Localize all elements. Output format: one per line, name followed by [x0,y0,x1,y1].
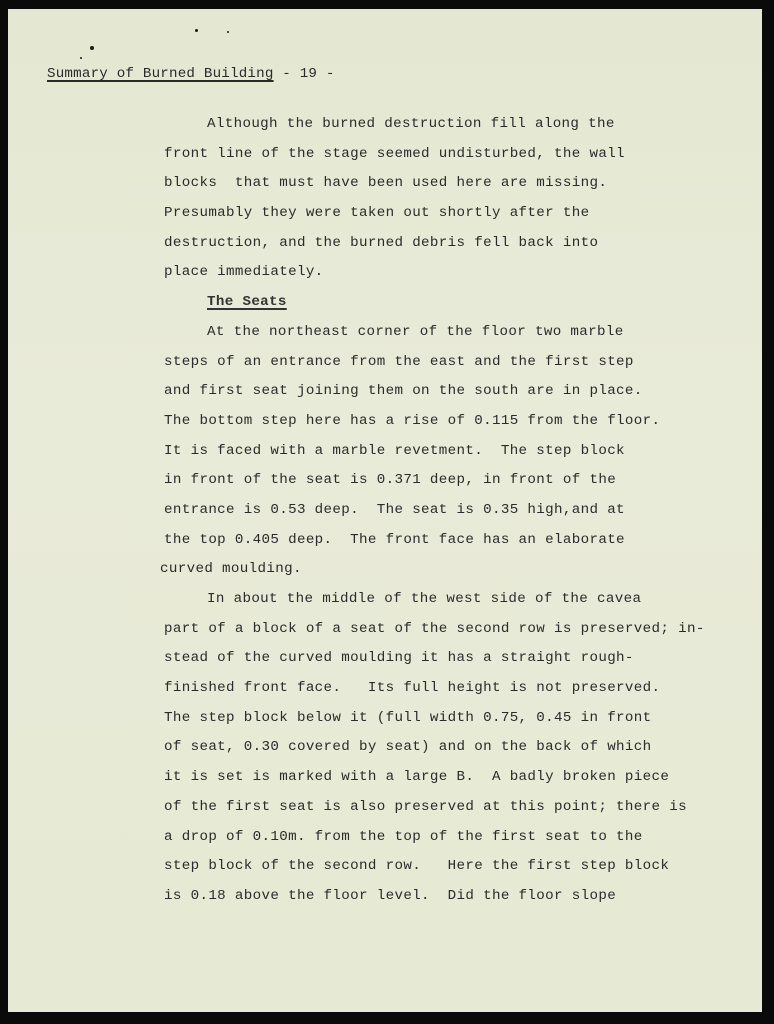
section-heading-text: The Seats [207,294,287,310]
document-page: Summary of Burned Building - 19 - Althou… [8,9,762,1012]
text-line: it is set is marked with a large B. A ba… [164,763,744,793]
page-number: - 19 - [274,66,335,82]
text-line: of the first seat is also preserved at t… [164,793,744,823]
text-line: In about the middle of the west side of … [164,585,744,615]
text-line: At the northeast corner of the floor two… [164,318,744,348]
text-line: entrance is 0.53 deep. The seat is 0.35 … [164,496,744,526]
text-line: part of a block of a seat of the second … [164,615,744,645]
text-line: a drop of 0.10m. from the top of the fir… [164,823,744,853]
text-line: destruction, and the burned debris fell … [164,229,744,259]
text-line: front line of the stage seemed undisturb… [164,140,744,170]
page-header: Summary of Burned Building - 19 - [47,66,335,82]
ink-speck [195,29,198,32]
ink-speck [80,57,82,59]
text-line: curved moulding. [160,555,744,585]
text-line: steps of an entrance from the east and t… [164,348,744,378]
section-heading: The Seats [164,288,744,318]
text-line: blocks that must have been used here are… [164,169,744,199]
text-line: The bottom step here has a rise of 0.115… [164,407,744,437]
text-line: Although the burned destruction fill alo… [164,110,744,140]
document-body: Although the burned destruction fill alo… [164,110,744,912]
text-line: It is faced with a marble revetment. The… [164,437,744,467]
document-title: Summary of Burned Building [47,66,274,82]
text-line: step block of the second row. Here the f… [164,852,744,882]
text-line: Presumably they were taken out shortly a… [164,199,744,229]
text-line: finished front face. Its full height is … [164,674,744,704]
text-line: The step block below it (full width 0.75… [164,704,744,734]
text-line: and first seat joining them on the south… [164,377,744,407]
text-line: the top 0.405 deep. The front face has a… [164,526,744,556]
text-line: in front of the seat is 0.371 deep, in f… [164,466,744,496]
text-line: stead of the curved moulding it has a st… [164,644,744,674]
text-line: of seat, 0.30 covered by seat) and on th… [164,733,744,763]
ink-speck [90,46,94,50]
ink-speck [227,31,229,33]
text-line: place immediately. [164,258,744,288]
text-line: is 0.18 above the floor level. Did the f… [164,882,744,912]
